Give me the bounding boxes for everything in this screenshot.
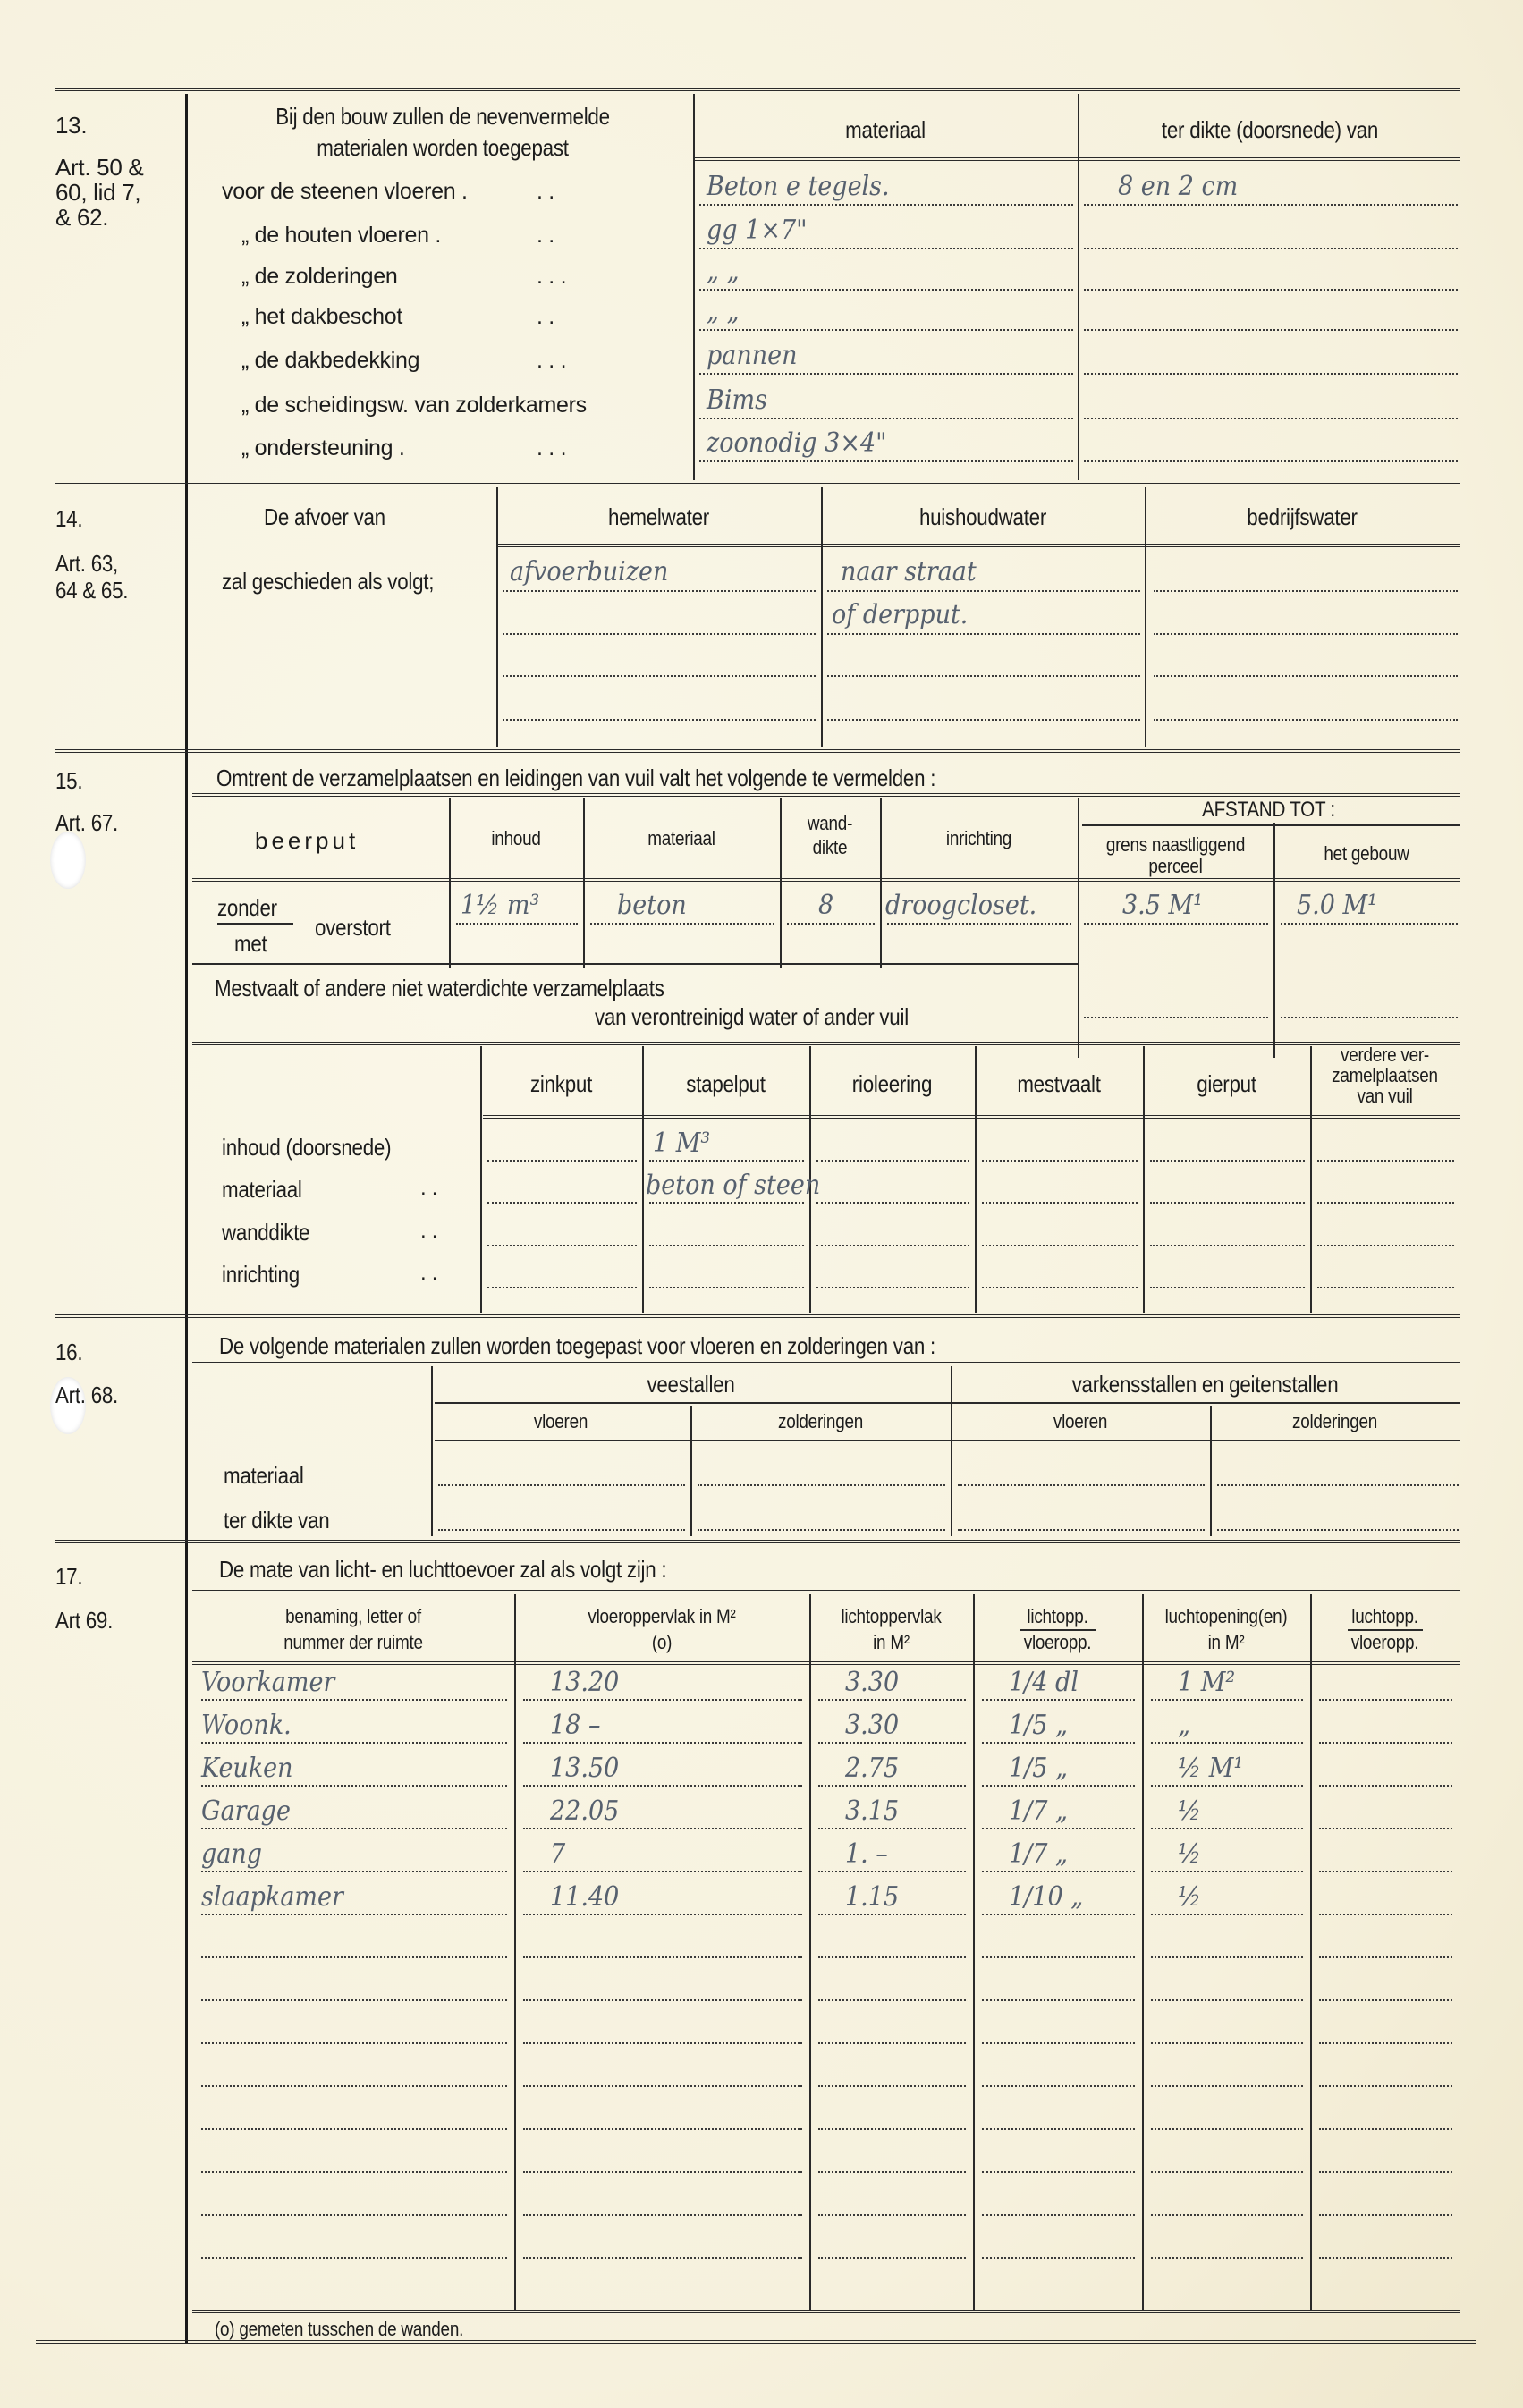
input-line[interactable] xyxy=(982,1785,1135,1787)
input-line[interactable] xyxy=(818,1785,966,1787)
input-line[interactable] xyxy=(1319,1828,1452,1829)
materiaal-value[interactable]: Beton e tegels. xyxy=(707,171,890,202)
input-line[interactable] xyxy=(818,2085,966,2087)
input-line[interactable] xyxy=(816,1287,969,1288)
input-line xyxy=(699,329,1073,331)
input-line xyxy=(1084,460,1458,462)
intro-text: Omtrent de verzamelplaatsen en leidingen… xyxy=(216,765,935,792)
input-line[interactable] xyxy=(1151,2214,1303,2216)
beerput-inrichting-value[interactable]: droogcloset. xyxy=(885,890,1036,921)
group-varkensstallen: varkensstallen en geitenstallen xyxy=(986,1371,1424,1398)
input-line[interactable] xyxy=(1151,1956,1303,1958)
input-line[interactable] xyxy=(201,1742,507,1744)
cell-ratio[interactable]: 1/10 „ xyxy=(1009,1881,1083,1913)
input-line[interactable] xyxy=(1319,2257,1452,2259)
section-divider xyxy=(185,94,188,2343)
col-header: luchtopp. xyxy=(1321,1605,1450,1628)
cell-naam[interactable]: Woonk. xyxy=(201,1710,292,1741)
rule xyxy=(192,793,1460,797)
input-line[interactable] xyxy=(201,2214,507,2216)
input-line[interactable] xyxy=(523,2085,802,2087)
input-line[interactable] xyxy=(982,1914,1135,1915)
materiaal-value[interactable]: Bims xyxy=(707,384,767,416)
col-divider xyxy=(496,487,498,747)
stapelput-value[interactable]: beton of steen xyxy=(646,1170,820,1201)
materiaal-value[interactable]: zoonodig 3×4" xyxy=(707,427,887,459)
input-line[interactable] xyxy=(1151,2171,1303,2173)
col-header-mestvaalt: mestvaalt xyxy=(986,1070,1131,1098)
input-line[interactable] xyxy=(487,1245,637,1246)
col-divider xyxy=(1078,94,1079,480)
input-line[interactable] xyxy=(523,1785,802,1787)
row-label: inhoud (doorsnede) xyxy=(222,1134,391,1162)
row-label: „ ondersteuning . xyxy=(241,435,405,461)
subcol-vloeren: vloeren xyxy=(449,1410,672,1433)
beerput-materiaal-value[interactable]: beton xyxy=(617,890,687,921)
mestvaalt-text: Mestvaalt of andere niet waterdichte ver… xyxy=(215,975,664,1002)
cell-vloer[interactable]: 22.05 xyxy=(550,1795,619,1827)
group-veestallen: veestallen xyxy=(468,1371,915,1398)
input-line[interactable] xyxy=(1317,1287,1454,1288)
col-divider xyxy=(693,94,695,480)
intro-text: De volgende materialen zullen worden toe… xyxy=(219,1332,935,1360)
label: De afvoer van xyxy=(264,503,385,531)
col-header-materiaal: materiaal xyxy=(597,827,766,850)
input-line[interactable] xyxy=(958,1484,1205,1486)
input-line[interactable] xyxy=(1151,1785,1303,1787)
cell-ratio[interactable]: 1/7 „ xyxy=(1009,1838,1068,1870)
input-line[interactable] xyxy=(818,2214,966,2216)
input-line[interactable] xyxy=(818,1914,966,1915)
input-line[interactable] xyxy=(1319,2085,1452,2087)
afstand-tot-header: AFSTAND TOT : xyxy=(1104,798,1433,823)
section-number: 15. xyxy=(55,767,82,795)
input-line[interactable] xyxy=(982,2171,1135,2173)
article-ref: Art. 50 & xyxy=(55,154,143,182)
row-label-dikte: ter dikte van xyxy=(224,1507,329,1534)
input-line[interactable] xyxy=(818,2257,966,2259)
input-line[interactable] xyxy=(982,1999,1135,2001)
input-line[interactable] xyxy=(1319,1871,1452,1872)
section-number: 16. xyxy=(55,1339,82,1366)
input-line[interactable] xyxy=(523,2171,802,2173)
input-line[interactable] xyxy=(982,1699,1135,1701)
hemelwater-value[interactable]: afvoerbuizen xyxy=(510,556,668,587)
col-header-gebouw: het gebouw xyxy=(1287,842,1447,866)
rule xyxy=(192,2310,1460,2313)
input-line[interactable] xyxy=(818,1871,966,1872)
punch-hole xyxy=(50,832,86,889)
cell-ratio[interactable]: 1/4 dl xyxy=(1009,1667,1079,1698)
cell-naam[interactable]: gang xyxy=(201,1838,262,1870)
input-line[interactable] xyxy=(818,2128,966,2130)
col-header-dikte: ter dikte (doorsnede) van xyxy=(1104,116,1435,144)
cell-vloer[interactable]: 7 xyxy=(550,1838,565,1870)
input-line xyxy=(1084,329,1458,331)
input-line[interactable] xyxy=(982,1742,1135,1744)
input-line[interactable] xyxy=(818,1999,966,2001)
input-line[interactable] xyxy=(649,1160,804,1162)
cell-licht[interactable]: 2.75 xyxy=(845,1753,899,1784)
input-line[interactable] xyxy=(1319,2171,1452,2173)
cell-licht[interactable]: 3.30 xyxy=(845,1710,899,1741)
input-line[interactable] xyxy=(1319,2128,1452,2130)
cell-licht[interactable]: 3.15 xyxy=(845,1795,899,1827)
input-line[interactable] xyxy=(649,1245,804,1246)
input-line[interactable] xyxy=(1151,1999,1303,2001)
input-line xyxy=(699,204,1073,206)
row-label-materiaal: materiaal xyxy=(224,1462,304,1490)
input-line[interactable] xyxy=(649,1287,804,1288)
rule xyxy=(55,749,1460,753)
cell-lucht[interactable]: ½ M¹ xyxy=(1178,1753,1243,1784)
input-line[interactable] xyxy=(438,1529,685,1531)
input-line[interactable] xyxy=(982,2257,1135,2259)
cell-licht[interactable]: 1.15 xyxy=(845,1881,899,1913)
input-line[interactable] xyxy=(816,1245,969,1246)
leader-dots: . . xyxy=(537,223,554,249)
option-met[interactable]: met xyxy=(234,930,267,958)
col-header: luchtopening(en) xyxy=(1154,1605,1299,1628)
cell-naam[interactable]: slaapkamer xyxy=(201,1881,343,1913)
row-label: materiaal xyxy=(222,1176,302,1204)
input-line[interactable] xyxy=(438,1484,685,1486)
input-line xyxy=(1084,418,1458,419)
input-line xyxy=(699,460,1073,462)
input-line[interactable] xyxy=(201,1999,507,2001)
col-header-zinkput: zinkput xyxy=(492,1070,631,1098)
rule xyxy=(192,1042,1460,1045)
input-line xyxy=(699,289,1073,291)
section-number: 14. xyxy=(55,505,82,533)
input-line[interactable] xyxy=(1151,1914,1303,1915)
input-line[interactable] xyxy=(523,1699,802,1701)
cell-ratio[interactable]: 1/7 „ xyxy=(1009,1795,1068,1827)
huishoudwater-value[interactable]: naar straat xyxy=(841,556,977,587)
col-header-wanddikte: wand- xyxy=(787,812,873,835)
input-line[interactable] xyxy=(958,1529,1205,1531)
materiaal-value[interactable]: pannen xyxy=(707,340,798,371)
cell-lucht[interactable]: „ xyxy=(1178,1710,1190,1741)
input-line[interactable] xyxy=(1319,2042,1452,2044)
input-line[interactable] xyxy=(982,1871,1135,1872)
input-line[interactable] xyxy=(982,1828,1135,1829)
input-line[interactable] xyxy=(1319,2214,1452,2216)
leader-dots: . . xyxy=(420,1261,437,1286)
input-line[interactable] xyxy=(1319,1742,1452,1744)
input-line[interactable] xyxy=(201,1871,507,1872)
beerput-wanddikte-value[interactable]: 8 xyxy=(818,890,833,921)
input-line[interactable] xyxy=(816,1202,969,1204)
rule xyxy=(55,1540,1460,1543)
input-line[interactable] xyxy=(201,1914,507,1915)
input-line[interactable] xyxy=(818,1699,966,1701)
leader-dots: . . xyxy=(537,304,554,330)
subcol-zolderingen: zolderingen xyxy=(1228,1410,1443,1433)
input-line[interactable] xyxy=(523,1956,802,1958)
dikte-value[interactable]: 8 en 2 cm xyxy=(1118,171,1238,202)
mestvaalt-text: van verontreinigd water of ander vuil xyxy=(595,1003,909,1031)
input-line[interactable] xyxy=(201,1828,507,1829)
materiaal-value[interactable]: gg 1×7" xyxy=(707,215,808,246)
cell-naam[interactable]: Voorkamer xyxy=(201,1667,334,1698)
col-header: benaming, letter of xyxy=(215,1605,492,1628)
input-line[interactable] xyxy=(1319,1914,1452,1915)
input-line[interactable] xyxy=(1319,1999,1452,2001)
input-line[interactable] xyxy=(1319,1956,1452,1958)
input-line xyxy=(699,248,1073,249)
input-line[interactable] xyxy=(201,2257,507,2259)
article-ref: Art. 63, xyxy=(55,550,118,578)
input-line[interactable] xyxy=(982,2042,1135,2044)
article-ref: & 62. xyxy=(55,204,108,232)
input-line[interactable] xyxy=(649,1202,804,1204)
intro-text: Bij den bouw zullen de nevenvermelde xyxy=(227,103,658,131)
input-line[interactable] xyxy=(1217,1484,1459,1486)
input-line[interactable] xyxy=(982,1202,1138,1204)
huishoudwater-value[interactable]: of derpput. xyxy=(832,599,968,630)
col-header-beerput: beerput xyxy=(255,827,359,855)
materiaal-value[interactable]: „ „ xyxy=(707,296,740,327)
option-zonder[interactable]: zonder xyxy=(217,894,277,922)
cell-vloer[interactable]: 13.50 xyxy=(550,1753,619,1784)
rule xyxy=(55,88,1460,91)
cell-lucht[interactable]: ½ xyxy=(1178,1838,1201,1870)
input-line[interactable] xyxy=(201,2042,507,2044)
input-line[interactable] xyxy=(818,2042,966,2044)
col-header-rioleering: rioleering xyxy=(821,1070,963,1098)
section-number: 17. xyxy=(55,1563,82,1591)
input-line[interactable] xyxy=(1151,1871,1303,1872)
intro-text: De mate van licht- en luchttoevoer zal a… xyxy=(219,1556,666,1584)
leader-dots: . . xyxy=(537,179,554,205)
input-line[interactable] xyxy=(487,1160,637,1162)
leader-dots: . . . xyxy=(537,435,566,461)
input-line[interactable] xyxy=(523,1871,802,1872)
article-ref: 64 & 65. xyxy=(55,577,128,604)
cell-ratio[interactable]: 1/5 „ xyxy=(1009,1753,1068,1784)
input-line[interactable] xyxy=(818,1956,966,1958)
row-label: „ de houten vloeren . xyxy=(241,223,441,249)
overstort-label: overstort xyxy=(315,914,391,942)
input-line[interactable] xyxy=(523,1828,802,1829)
input-line[interactable] xyxy=(1319,1785,1452,1787)
input-line[interactable] xyxy=(982,1956,1135,1958)
input-line[interactable] xyxy=(818,1828,966,1829)
materiaal-value[interactable]: „ „ xyxy=(707,256,740,287)
leader-dots: . . xyxy=(420,1219,437,1244)
cell-ratio[interactable]: 1/5 „ xyxy=(1009,1710,1068,1741)
rule xyxy=(192,878,1460,882)
input-line[interactable] xyxy=(1151,2042,1303,2044)
input-line[interactable] xyxy=(1151,2085,1303,2087)
input-line xyxy=(1084,248,1458,249)
col-header-materiaal: materiaal xyxy=(720,116,1051,144)
input-line[interactable] xyxy=(982,2085,1135,2087)
beerput-gebouw-value[interactable]: 5.0 M¹ xyxy=(1297,890,1377,921)
row-label: „ het dakbeschot xyxy=(241,304,402,330)
input-line[interactable] xyxy=(487,1202,637,1204)
input-line[interactable] xyxy=(487,1287,637,1288)
input-line[interactable] xyxy=(1217,1529,1459,1531)
input-line[interactable] xyxy=(1151,2128,1303,2130)
input-line[interactable] xyxy=(982,1160,1138,1162)
input-line[interactable] xyxy=(201,1785,507,1787)
input-line xyxy=(1084,373,1458,375)
cell-lucht[interactable]: ½ xyxy=(1178,1795,1201,1827)
article-ref: Art. 67. xyxy=(55,809,118,837)
col-header-inhoud: inhoud xyxy=(459,827,574,850)
footnote: (o) gemeten tusschen de wanden. xyxy=(215,2318,463,2341)
input-line xyxy=(699,373,1073,375)
intro-text: materialen worden toegepast xyxy=(227,134,658,162)
cell-licht[interactable]: 1. – xyxy=(845,1838,888,1870)
form-page: 13. Art. 50 & 60, lid 7, & 62. Bij den b… xyxy=(0,0,1523,2408)
beerput-grens-value[interactable]: 3.5 M¹ xyxy=(1122,890,1203,921)
row-label: „ de zolderingen xyxy=(241,264,398,290)
leader-dots: . . . xyxy=(537,348,566,374)
row-label: inrichting xyxy=(222,1261,300,1288)
cell-vloer[interactable]: 13.20 xyxy=(550,1667,619,1698)
row-label: „ de dakbedekking xyxy=(241,348,419,374)
input-line[interactable] xyxy=(523,1999,802,2001)
col-header-verdere: verdere ver- zamelplaatsen van vuil xyxy=(1321,1044,1450,1106)
input-line[interactable] xyxy=(201,2085,507,2087)
cell-lucht[interactable]: 1 M² xyxy=(1178,1667,1235,1698)
input-line[interactable] xyxy=(523,1914,802,1915)
input-line[interactable] xyxy=(982,2214,1135,2216)
input-line[interactable] xyxy=(698,1529,945,1531)
col-header-bedrijfswater: bedrijfswater xyxy=(1167,503,1438,531)
input-line[interactable] xyxy=(818,1742,966,1744)
beerput-inhoud-value[interactable]: 1½ m³ xyxy=(461,890,539,921)
col-header: lichtoppervlak xyxy=(821,1605,961,1628)
input-line[interactable] xyxy=(1150,1202,1305,1204)
rule xyxy=(693,157,1460,161)
cell-licht[interactable]: 3.30 xyxy=(845,1667,899,1698)
input-line xyxy=(699,418,1073,419)
cell-lucht[interactable]: ½ xyxy=(1178,1881,1201,1913)
row-label: „ de scheidingsw. van zolderkamers xyxy=(241,393,587,418)
input-line[interactable] xyxy=(201,2128,507,2130)
col-header-huishoudwater: huishoudwater xyxy=(843,503,1121,531)
article-ref: 60, lid 7, xyxy=(55,179,140,207)
col-header-stapelput: stapelput xyxy=(654,1070,798,1098)
col-header-inrichting: inrichting xyxy=(893,827,1063,850)
input-line xyxy=(1084,204,1458,206)
col-header-gierput: gierput xyxy=(1155,1070,1299,1098)
input-line[interactable] xyxy=(201,1699,507,1701)
cell-naam[interactable]: Keuken xyxy=(201,1753,293,1784)
rule xyxy=(55,483,1460,486)
article-ref: Art. 68. xyxy=(55,1381,118,1409)
input-line[interactable] xyxy=(816,1160,969,1162)
leader-dots: . . xyxy=(420,1176,437,1201)
input-line[interactable] xyxy=(523,2214,802,2216)
input-line[interactable] xyxy=(982,1287,1138,1288)
col-divider xyxy=(821,487,823,747)
input-line[interactable] xyxy=(1317,1160,1454,1162)
input-line[interactable] xyxy=(1319,1699,1452,1701)
input-line[interactable] xyxy=(1317,1202,1454,1204)
input-line[interactable] xyxy=(523,1742,802,1744)
row-label: wanddikte xyxy=(222,1219,309,1246)
section-number: 13. xyxy=(55,112,87,139)
input-line[interactable] xyxy=(201,2171,507,2173)
subcol-vloeren: vloeren xyxy=(969,1410,1191,1433)
input-line[interactable] xyxy=(1317,1245,1454,1246)
input-line xyxy=(1084,289,1458,291)
stapelput-value[interactable]: 1 M³ xyxy=(653,1128,710,1159)
input-line[interactable] xyxy=(1150,1245,1305,1246)
rule xyxy=(192,1590,1460,1593)
col-divider xyxy=(1145,487,1146,747)
input-line[interactable] xyxy=(818,2171,966,2173)
cell-vloer[interactable]: 11.40 xyxy=(550,1881,619,1913)
leader-dots: . . . xyxy=(537,264,566,290)
col-header-hemelwater: hemelwater xyxy=(519,503,798,531)
rule xyxy=(192,1362,1460,1365)
input-line[interactable] xyxy=(698,1484,945,1486)
input-line[interactable] xyxy=(1151,1742,1303,1744)
row-label: voor de steenen vloeren . xyxy=(222,179,468,205)
col-header: vloeroppervlak in M² xyxy=(535,1605,789,1628)
input-line[interactable] xyxy=(1151,1699,1303,1701)
input-line[interactable] xyxy=(982,1245,1138,1246)
col-header-grens: grens naastliggend xyxy=(1091,833,1259,857)
cell-naam[interactable]: Garage xyxy=(201,1795,291,1827)
input-line[interactable] xyxy=(523,2042,802,2044)
input-line[interactable] xyxy=(1151,2257,1303,2259)
cell-vloer[interactable]: 18 – xyxy=(550,1710,600,1741)
rule xyxy=(36,2340,1476,2344)
subcol-zolderingen: zolderingen xyxy=(708,1410,932,1433)
input-line[interactable] xyxy=(982,2128,1135,2130)
article-ref: Art 69. xyxy=(55,1607,113,1635)
input-line[interactable] xyxy=(1150,1160,1305,1162)
input-line[interactable] xyxy=(523,2128,802,2130)
input-line[interactable] xyxy=(1151,1828,1303,1829)
input-line[interactable] xyxy=(201,1956,507,1958)
label: zal geschieden als volgt; xyxy=(222,568,434,596)
rule xyxy=(55,1314,1460,1318)
rule xyxy=(496,544,1460,547)
input-line[interactable] xyxy=(523,2257,802,2259)
col-header: lichtopp. xyxy=(985,1605,1130,1628)
input-line[interactable] xyxy=(1150,1287,1305,1288)
